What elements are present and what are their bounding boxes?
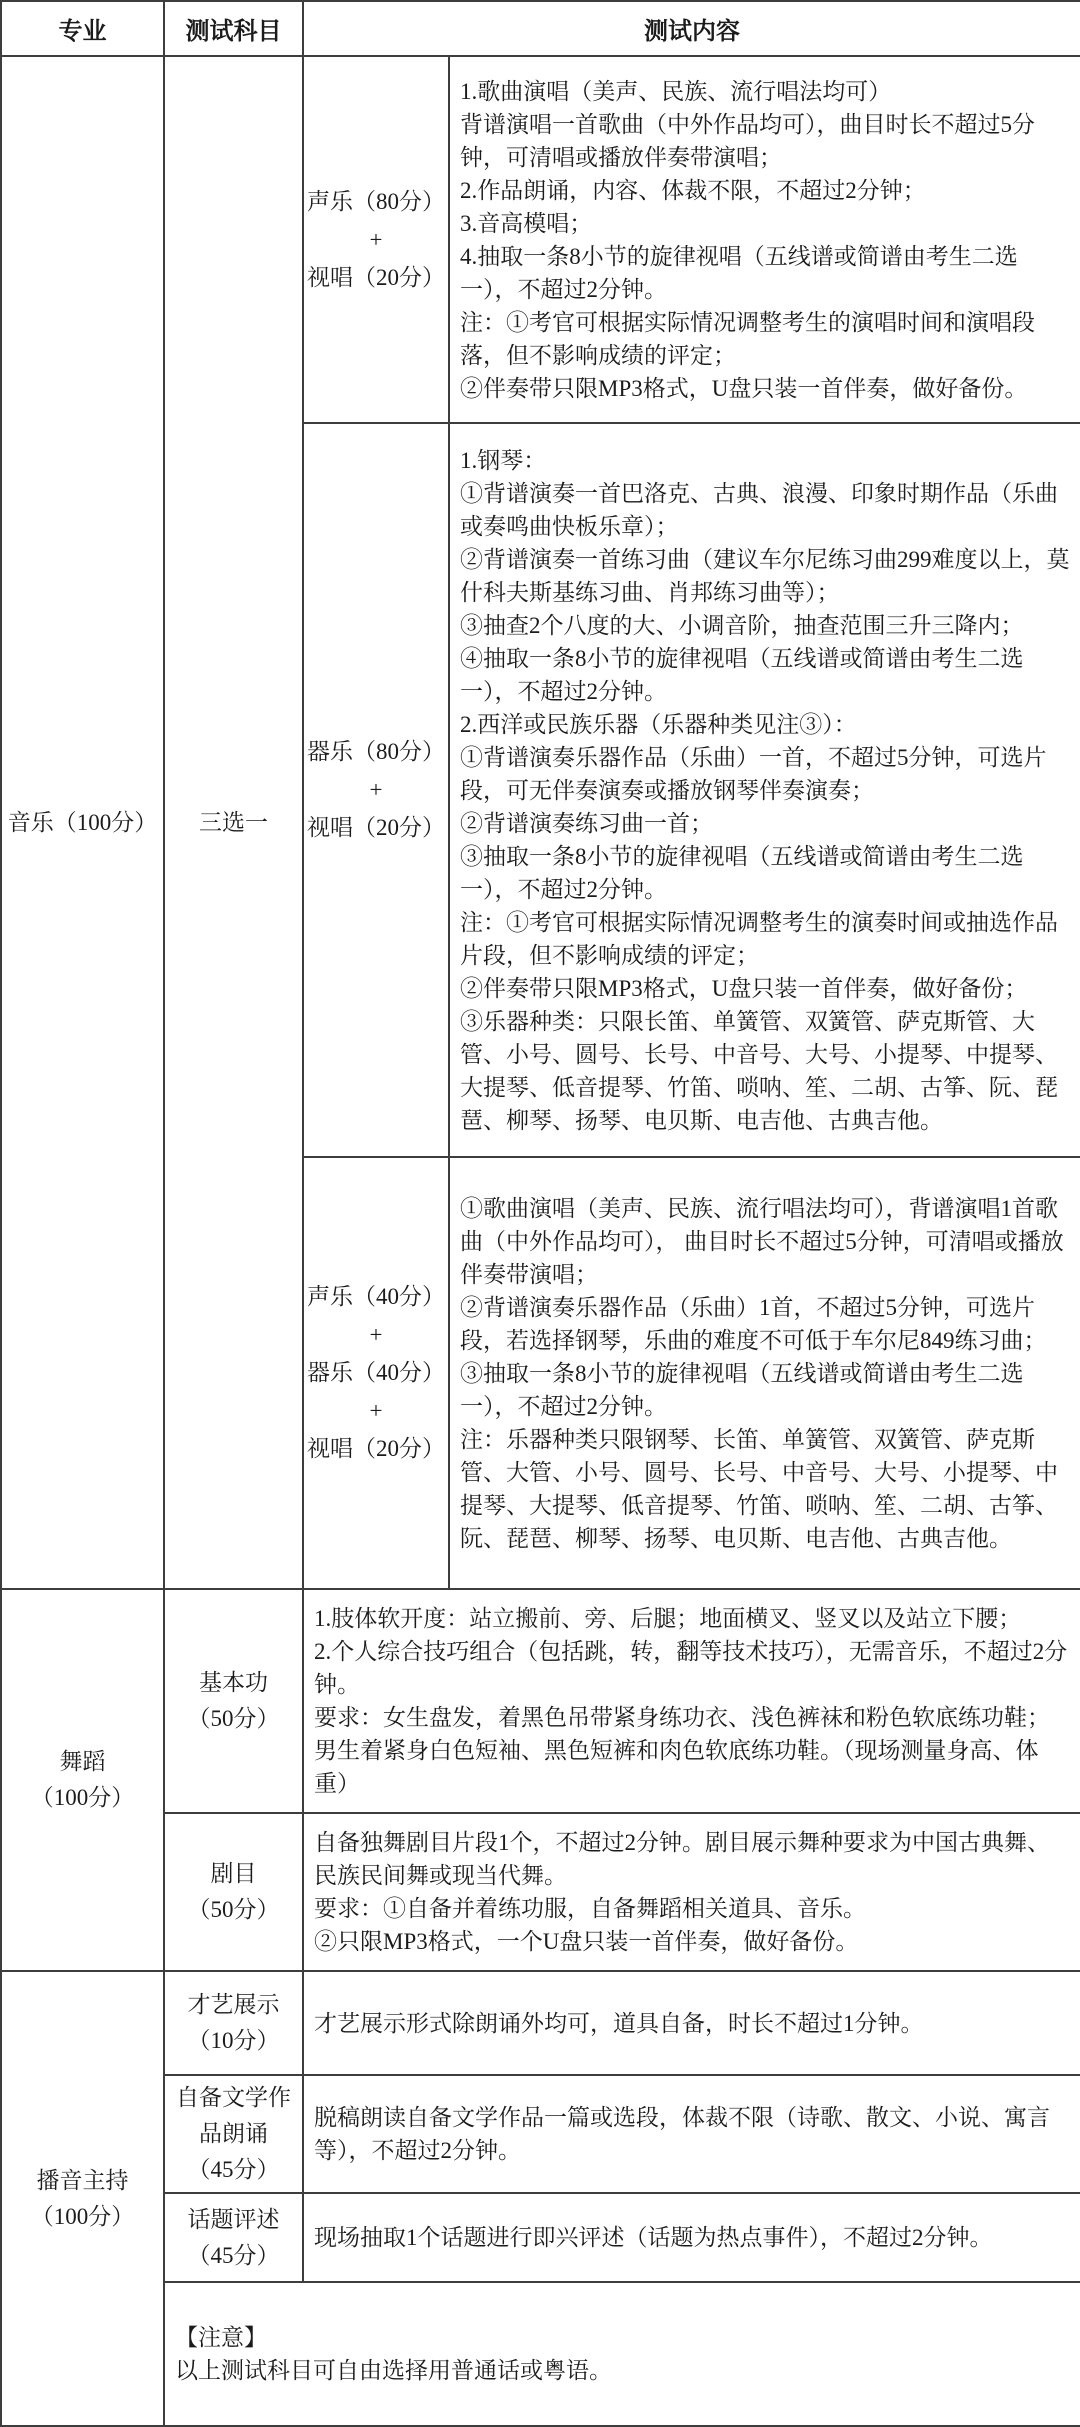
broadcast-reading-content: 脱稿朗读自备文学作品一篇或选段，体裁不限（诗歌、散文、小说、寓言等），不超过2分… xyxy=(303,2075,1080,2193)
subject-cell-broadcast-talent: 才艺展示 （10分） xyxy=(164,1971,303,2075)
broadcast-talent-content: 才艺展示形式除朗诵外均可，道具自备，时长不超过1分钟。 xyxy=(303,1971,1080,2075)
music-vocal-row: 音乐（100分） 三选一 声乐（80分） + 视唱（20分） 1.歌曲演唱（美声… xyxy=(1,56,1080,423)
header-subject: 测试科目 xyxy=(164,1,303,56)
subject-cell-broadcast-reading: 自备文学作 品朗诵 （45分） xyxy=(164,2075,303,2193)
major-cell-dance: 舞蹈 （100分） xyxy=(1,1589,164,1971)
broadcast-talent-row: 播音主持 （100分） 才艺展示 （10分） 才艺展示形式除朗诵外均可，道具自备… xyxy=(1,1971,1080,2075)
music-option-content-instrumental: 1.钢琴： ①背谱演奏一首巴洛克、古典、浪漫、印象时期作品（乐曲或奏鸣曲快板乐章… xyxy=(449,423,1080,1157)
music-option-label-combined: 声乐（40分） + 器乐（40分） + 视唱（20分） xyxy=(303,1157,449,1589)
dance-repertoire-content: 自备独舞剧目片段1个，不超过2分钟。剧目展示舞种要求为中国古典舞、民族民间舞或现… xyxy=(303,1813,1080,1971)
broadcast-topic-content: 现场抽取1个话题进行即兴评述（话题为热点事件），不超过2分钟。 xyxy=(303,2193,1080,2282)
subject-cell-broadcast-topic: 话题评述 （45分） xyxy=(164,2193,303,2282)
music-option-label-instrumental: 器乐（80分） + 视唱（20分） xyxy=(303,423,449,1157)
subject-cell-dance-basics: 基本功 （50分） xyxy=(164,1589,303,1813)
exam-requirements-table: 专业 测试科目 测试内容 音乐（100分） 三选一 声乐（80分） + 视唱（2… xyxy=(0,0,1080,2427)
major-cell-broadcast: 播音主持 （100分） xyxy=(1,1971,164,2426)
music-option-content-vocal: 1.歌曲演唱（美声、民族、流行唱法均可） 背谱演唱一首歌曲（中外作品均可），曲目… xyxy=(449,56,1080,423)
header-major: 专业 xyxy=(1,1,164,56)
music-option-content-combined: ①歌曲演唱（美声、民族、流行唱法均可），背谱演唱1首歌曲（中外作品均可）， 曲目… xyxy=(449,1157,1080,1589)
notice-cell: 【注意】 以上测试科目可自由选择用普通话或粤语。 xyxy=(164,2282,1080,2426)
exam-requirements-page: 专业 测试科目 测试内容 音乐（100分） 三选一 声乐（80分） + 视唱（2… xyxy=(0,0,1080,2400)
header-content: 测试内容 xyxy=(303,1,1080,56)
subject-cell-music: 三选一 xyxy=(164,56,303,1589)
music-option-label-vocal: 声乐（80分） + 视唱（20分） xyxy=(303,56,449,423)
major-cell-music: 音乐（100分） xyxy=(1,56,164,1589)
dance-basics-row: 舞蹈 （100分） 基本功 （50分） 1.肢体软开度：站立搬前、旁、后腿；地面… xyxy=(1,1589,1080,1813)
subject-cell-dance-repertoire: 剧目 （50分） xyxy=(164,1813,303,1971)
table-header-row: 专业 测试科目 测试内容 xyxy=(1,1,1080,56)
dance-basics-content: 1.肢体软开度：站立搬前、旁、后腿；地面横叉、竖叉以及站立下腰； 2.个人综合技… xyxy=(303,1589,1080,1813)
